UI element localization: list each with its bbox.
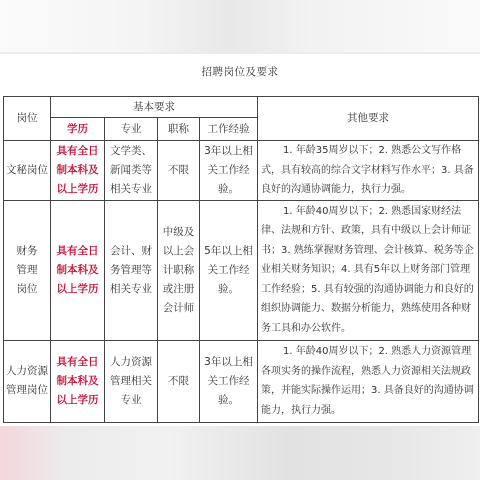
cell-education: 具有全日 制本科及 以上学历 — [51, 141, 105, 201]
header-title: 职称 — [158, 118, 200, 141]
cell-title: 不限 — [158, 340, 200, 422]
cell-major: 会计、财 务管理等 相关专业 — [105, 200, 158, 340]
cell-position: 文秘岗位 — [4, 141, 51, 201]
header-other-requirements: 其他要求 — [258, 97, 479, 141]
cell-education: 具有全日 制本科及 以上学历 — [51, 200, 105, 340]
cell-title: 不限 — [158, 141, 200, 201]
cell-other-requirements: 1. 年龄40周岁以下；2. 熟悉国家财经法律、法规和方针、政策，具有中级以上会… — [258, 200, 479, 340]
header-major: 专业 — [105, 118, 158, 141]
header-education: 学历 — [51, 118, 105, 141]
bottom-background-band — [0, 426, 480, 480]
other-requirements-text: 1. 年龄40周岁以下；2. 熟悉国家财经法律、法规和方针、政策，具有中级以上会… — [261, 206, 474, 334]
cell-title: 中级及 以上会 计职称 或注册 会计师 — [158, 200, 200, 340]
cell-experience: 3年以上相 关工作经 验。 — [200, 141, 258, 201]
cell-education: 具有全日 制本科及 以上学历 — [51, 340, 105, 422]
other-requirements-text: 1. 年龄35周岁以下；2. 熟悉公文写作格式，具有较高的综合文字材料写作水平；… — [261, 145, 474, 195]
table-row: 财务 管理 岗位 具有全日 制本科及 以上学历 会计、财 务管理等 相关专业 中… — [4, 200, 479, 340]
page-title: 招聘岗位及要求 — [0, 64, 480, 79]
header-basic-requirements: 基本要求 — [51, 97, 258, 118]
recruitment-table: 岗位 基本要求 其他要求 学历 专业 职称 工作经验 文秘岗位 具有全日 制本科… — [3, 96, 479, 423]
cell-major: 文学类、 新闻类等 相关专业 — [105, 141, 158, 201]
table-row: 人力资源 管理岗位 具有全日 制本科及 以上学历 人力资源 管理相关 专业 不限… — [4, 340, 479, 422]
table-row: 文秘岗位 具有全日 制本科及 以上学历 文学类、 新闻类等 相关专业 不限 3年… — [4, 141, 479, 201]
cell-other-requirements: 1. 年龄40周岁以下；2. 熟悉人力资源管理各项实务的操作流程，熟悉人力资源相… — [258, 340, 479, 422]
cell-experience: 5年以上相 关工作经 验。 — [200, 200, 258, 340]
top-background-band — [0, 0, 480, 54]
cell-position: 人力资源 管理岗位 — [4, 340, 51, 422]
cell-major: 人力资源 管理相关 专业 — [105, 340, 158, 422]
cell-other-requirements: 1. 年龄35周岁以下；2. 熟悉公文写作格式，具有较高的综合文字材料写作水平；… — [258, 141, 479, 201]
header-row-1: 岗位 基本要求 其他要求 — [4, 97, 479, 118]
header-position: 岗位 — [4, 97, 51, 141]
header-experience: 工作经验 — [200, 118, 258, 141]
cell-experience: 3年以上相 关工作经 验。 — [200, 340, 258, 422]
other-requirements-text: 1. 年龄40周岁以下；2. 熟悉人力资源管理各项实务的操作流程，熟悉人力资源相… — [261, 346, 474, 416]
cell-position: 财务 管理 岗位 — [4, 200, 51, 340]
